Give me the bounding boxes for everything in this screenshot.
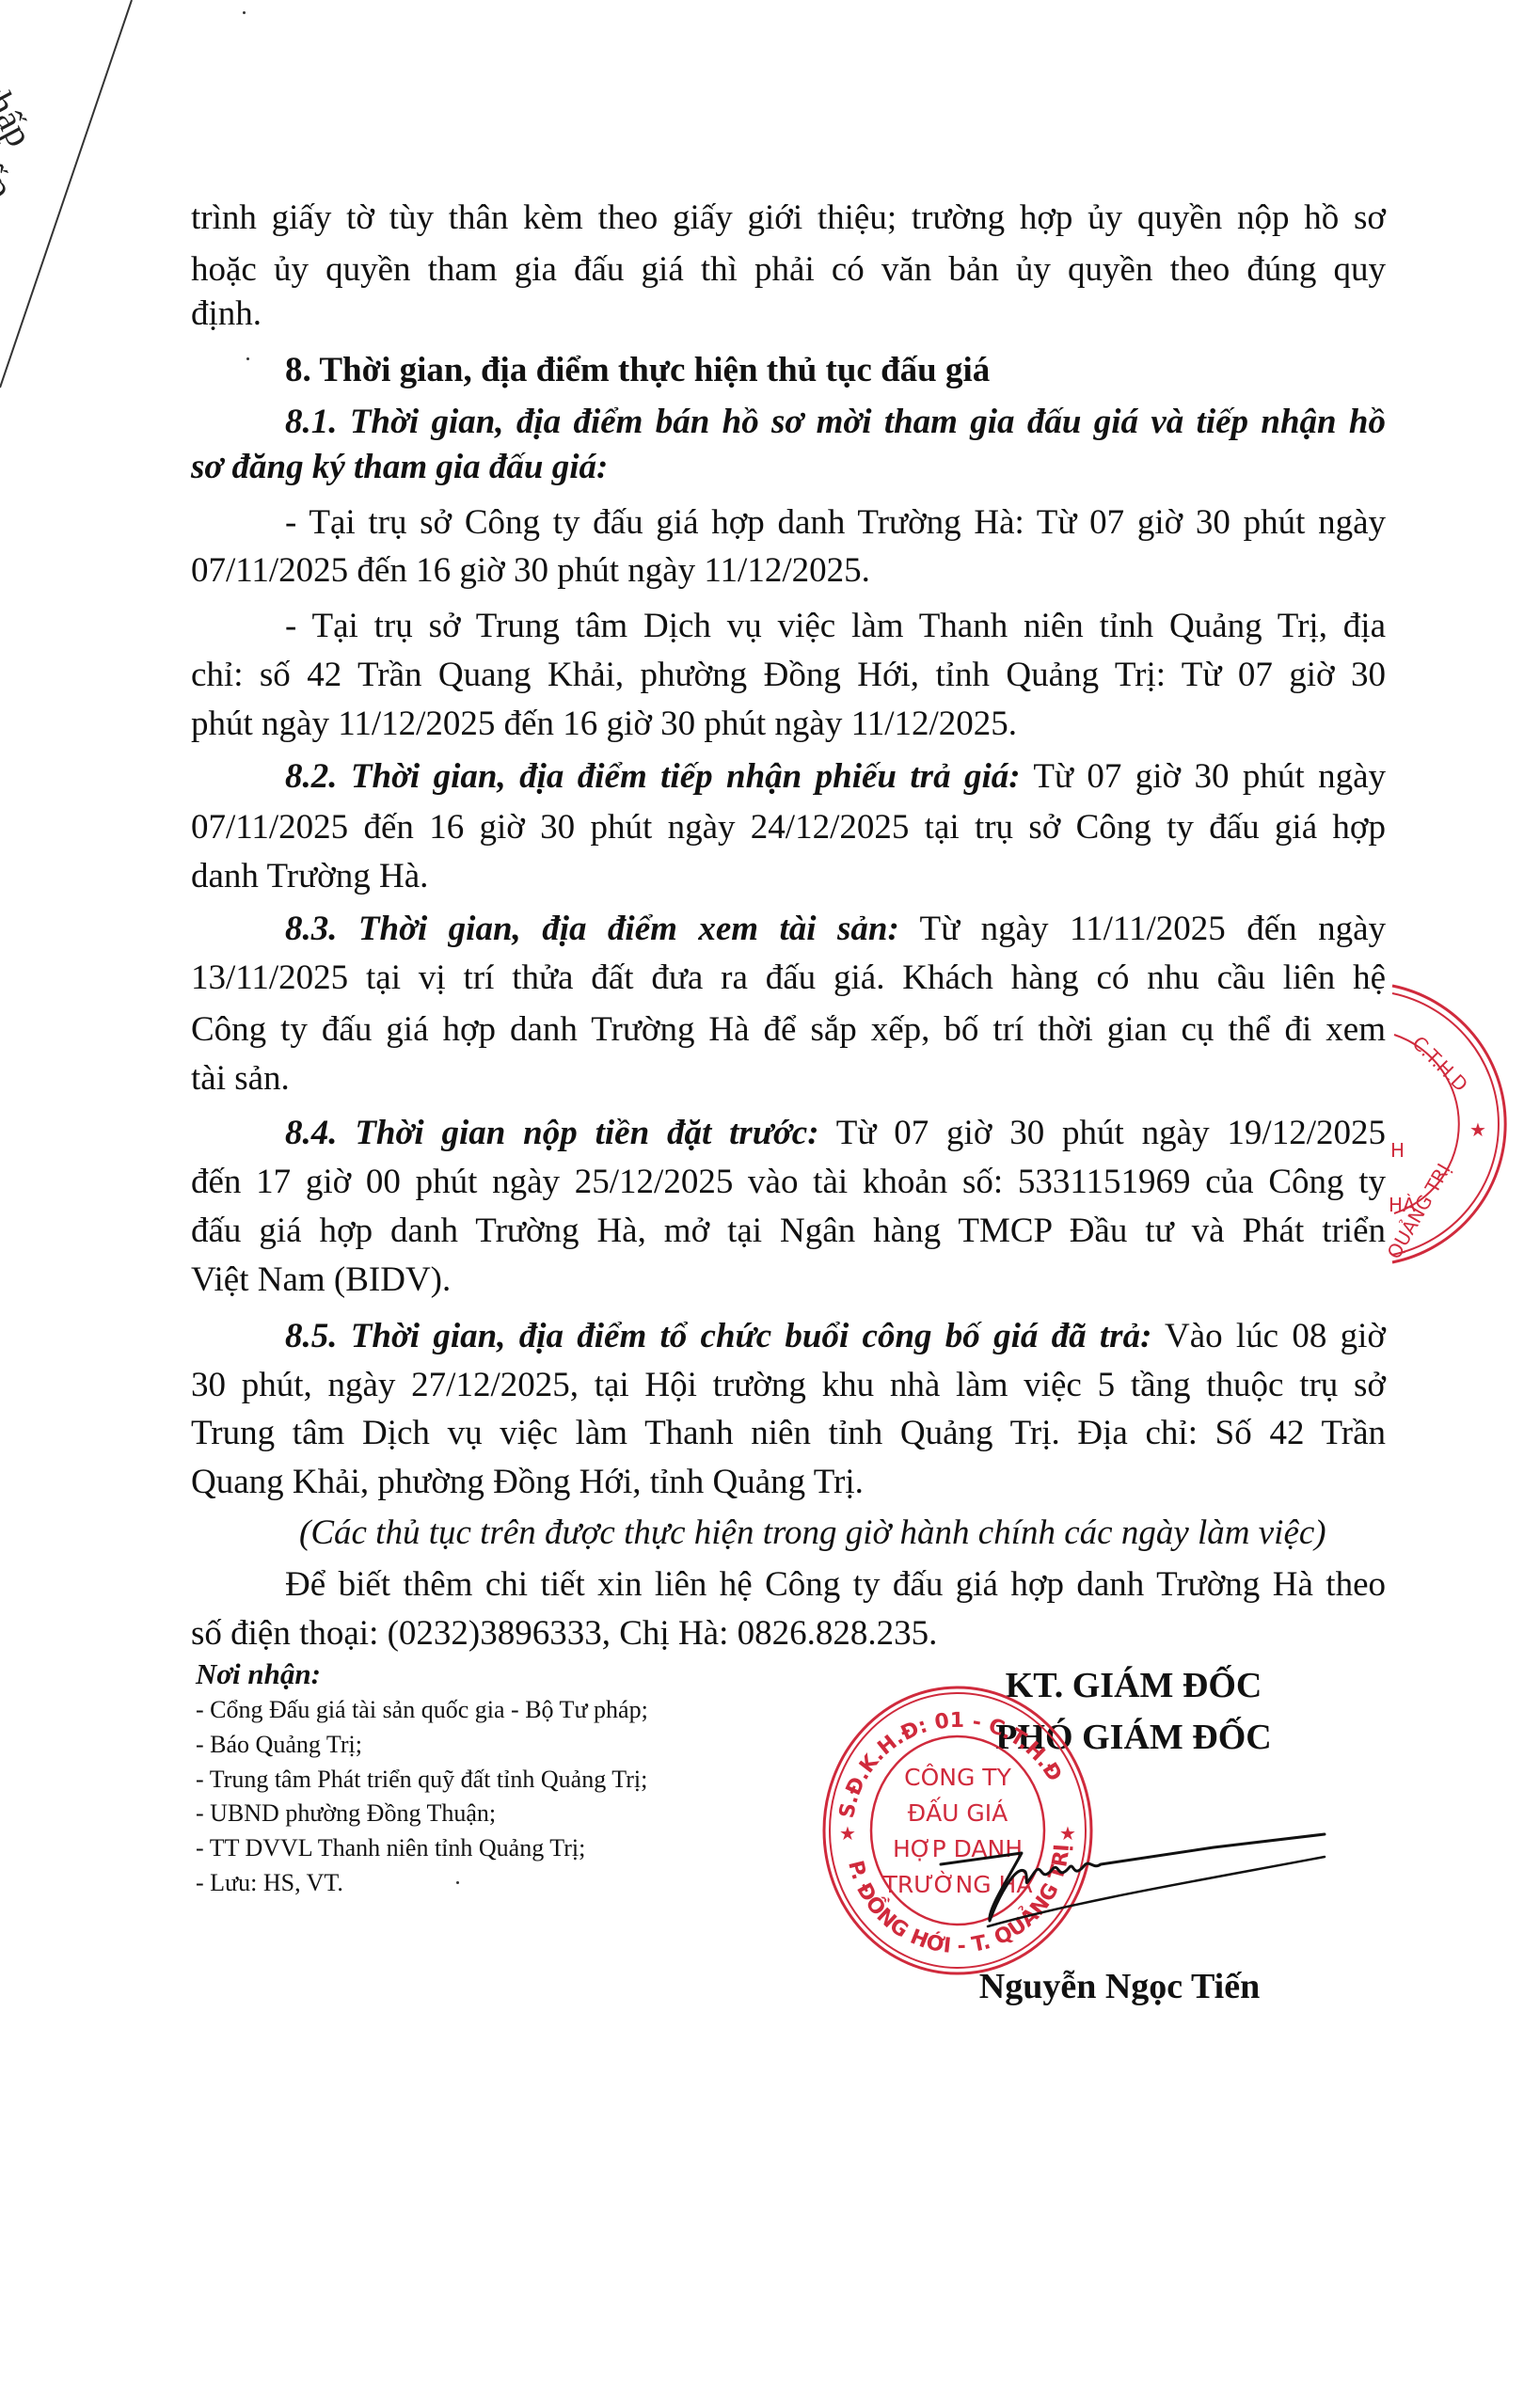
edge-seal-text: H (1390, 1139, 1405, 1162)
subsection-8-1-title: sơ đăng ký tham gia đấu giá: (191, 443, 1386, 492)
recipient-item: - Lưu: HS, VT. (196, 1866, 343, 1900)
body-line: Quang Khải, phường Đồng Hới, tỉnh Quảng … (191, 1458, 1386, 1507)
procedure-note: (Các thủ tục trên được thực hiện trong g… (299, 1509, 1390, 1558)
recipient-item: - Trung tâm Phát triển quỹ đất tỉnh Quản… (196, 1763, 647, 1797)
body-line: Trung tâm Dịch vụ việc làm Thanh niên tỉ… (191, 1409, 1386, 1458)
subsection-8-2: 8.2. Thời gian, địa điểm tiếp nhận phiếu… (191, 752, 1386, 801)
seal-line: HỢP DANH (893, 1835, 1023, 1862)
subsection-8-4: 8.4. Thời gian nộp tiền đặt trước: Từ 07… (191, 1109, 1386, 1158)
body-line: - Tại trụ sở Công ty đấu giá hợp danh Tr… (191, 499, 1386, 547)
page-edge-line (0, 0, 151, 395)
body-line: chỉ: số 42 Trần Quang Khải, phường Đồng … (191, 651, 1386, 700)
body-line: đến 17 giờ 00 phút ngày 25/12/2025 vào t… (191, 1158, 1386, 1207)
section-heading: 8. Thời gian, địa điểm thực hiện thủ tục… (191, 346, 1386, 395)
scan-speck (456, 1881, 459, 1884)
recipient-item: - UBND phường Đồng Thuận; (196, 1797, 496, 1830)
body-line: đấu giá hợp danh Trường Hà, mở tại Ngân … (191, 1207, 1386, 1256)
recipient-item: - TT DVVL Thanh niên tỉnh Quảng Trị; (196, 1831, 585, 1865)
contact-line: Để biết thêm chi tiết xin liên hệ Công t… (191, 1560, 1386, 1609)
body-line: Công ty đấu giá hợp danh Trường Hà để sắ… (191, 1006, 1386, 1054)
svg-text:★: ★ (1469, 1118, 1486, 1141)
body-line: trình giấy tờ tùy thân kèm theo giấy giớ… (191, 194, 1386, 243)
body-text: Từ 07 giờ 30 phút ngày (1021, 757, 1386, 796)
subsection-label: 8.4. Thời gian nộp tiền đặt trước: (285, 1114, 819, 1152)
svg-text:P. ĐỒNG HỚI - T. QUẢNG TRỊ: P. ĐỒNG HỚI - T. QUẢNG TRỊ (843, 1844, 1074, 1958)
body-line: - Tại trụ sở Trung tâm Dịch vụ việc làm … (191, 602, 1386, 651)
edge-seal-text: QUẢNG TRỊ (1383, 1159, 1455, 1262)
body-line: tài sản. (191, 1054, 1386, 1103)
edge-seal-text: HÀ (1389, 1194, 1416, 1216)
body-line: Việt Nam (BIDV). (191, 1256, 1386, 1305)
seal-bottom-text: P. ĐỒNG HỚI - T. QUẢNG TRỊ (843, 1844, 1074, 1958)
subsection-label: 8.5. Thời gian, địa điểm tổ chức buổi cô… (285, 1317, 1151, 1355)
subsection-8-3: 8.3. Thời gian, địa điểm xem tài sản: Từ… (191, 905, 1386, 954)
scan-speck (243, 11, 246, 14)
seal-line: TRƯỜNG HÀ (882, 1870, 1033, 1898)
edge-seal-icon: C.T.H.D ★ H HÀ QUẢNG TRỊ (1383, 978, 1524, 1270)
recipients-title: Nơi nhận: (196, 1657, 321, 1691)
handwritten-signature-icon (931, 1815, 1326, 1938)
svg-text:★: ★ (1059, 1822, 1076, 1845)
document-page: h chấp chấp trình giấy tờ tùy thân kèm t… (0, 0, 1524, 2408)
edge-seal-text: C.T.H.D (1407, 1032, 1472, 1097)
body-line: 30 phút, ngày 27/12/2025, tại Hội trường… (191, 1361, 1386, 1410)
signer-name: Nguyễn Ngọc Tiến (960, 1966, 1279, 2007)
subsection-label: 8.2. Thời gian, địa điểm tiếp nhận phiếu… (285, 757, 1021, 796)
subsection-8-1-title: 8.1. Thời gian, địa điểm bán hồ sơ mời t… (191, 398, 1386, 447)
scan-speck (246, 357, 249, 360)
signature-subtitle: PHÓ GIÁM ĐỐC (978, 1717, 1289, 1758)
body-line: 13/11/2025 tại vị trí thửa đất đưa ra đấ… (191, 954, 1386, 1003)
body-text: Từ ngày 11/11/2025 đến ngày (899, 910, 1386, 948)
body-line: hoặc ủy quyền tham gia đấu giá thì phải … (191, 246, 1386, 294)
recipient-item: - Báo Quảng Trị; (196, 1728, 362, 1762)
body-line: 07/11/2025 đến 16 giờ 30 phút ngày 24/12… (191, 803, 1386, 852)
subsection-label: 8.3. Thời gian, địa điểm xem tài sản: (285, 910, 899, 948)
subsection-8-5: 8.5. Thời gian, địa điểm tổ chức buổi cô… (191, 1312, 1386, 1361)
body-line: danh Trường Hà. (191, 852, 1386, 901)
body-line: 07/11/2025 đến 16 giờ 30 phút ngày 11/12… (191, 547, 1386, 595)
recipient-item: - Cổng Đấu giá tài sản quốc gia - Bộ Tư … (196, 1693, 648, 1727)
body-text: Từ 07 giờ 30 phút ngày 19/12/2025 (819, 1114, 1386, 1152)
seal-line: ĐẤU GIÁ (908, 1797, 1008, 1827)
seal-line: CÔNG TY (904, 1763, 1011, 1791)
contact-line: số điện thoại: (0232)3896333, Chị Hà: 08… (191, 1609, 1386, 1658)
body-line: phút ngày 11/12/2025 đến 16 giờ 30 phút … (191, 700, 1386, 749)
body-text: Vào lúc 08 giờ (1151, 1317, 1386, 1355)
signature-title: KT. GIÁM ĐỐC (978, 1665, 1289, 1706)
svg-text:★: ★ (839, 1822, 856, 1845)
body-line: định. (191, 290, 1386, 339)
margin-note: h chấp (0, 47, 40, 152)
